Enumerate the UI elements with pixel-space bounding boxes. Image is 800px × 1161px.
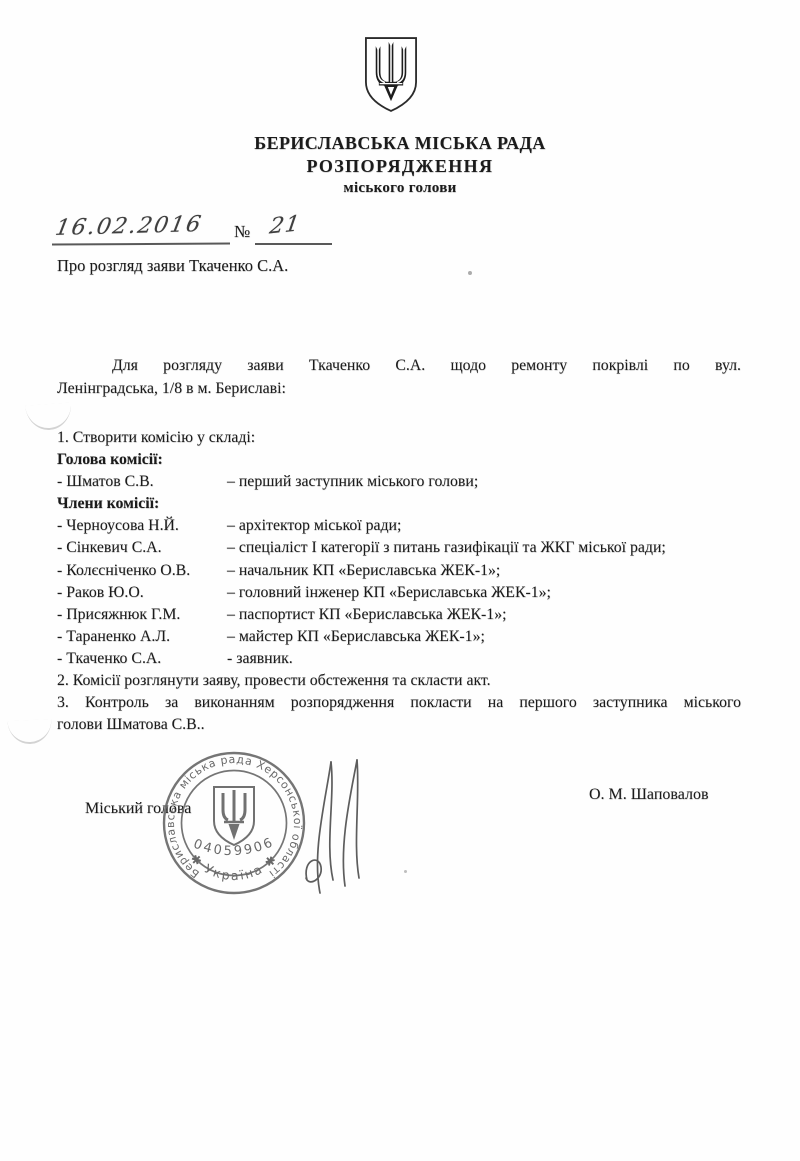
member-name: - Шматов С.В. [57, 471, 227, 493]
member-name: - Сінкевич С.А. [57, 537, 227, 559]
scanned-document-page: БЕРИСЛАВСЬКА МІСЬКА РАДА РОЗПОРЯДЖЕННЯ м… [0, 0, 800, 1161]
member-name: - Ткаченко С.А. [57, 648, 227, 670]
number-sign: № [234, 222, 250, 242]
order-item-1: 1. Створити комісію у складі: [57, 427, 741, 449]
commission-row: - Ткаченко С.А. - заявник. [57, 648, 741, 670]
order-items: 1. Створити комісію у складі: Голова ком… [57, 427, 741, 736]
commission-row: - Тараненко А.Л. – майстер КП «Бериславс… [57, 626, 741, 648]
member-role: – паспортист КП «Бериславська ЖЕК-1»; [227, 604, 741, 626]
stamp-tryzub-shield-icon [214, 787, 254, 845]
doc-subtype: міського голови [0, 180, 800, 197]
member-name: - Колєсніченко О.В. [57, 560, 227, 582]
body-line-2: Ленінградська, 1/8 в м. Бериславі: [57, 378, 741, 401]
handwritten-signature [295, 748, 370, 898]
scan-artifact-arc [7, 719, 52, 745]
commission-row: - Колєсніченко О.В. – начальник КП «Бери… [57, 560, 741, 582]
official-round-stamp: Бериславська міська рада Херсонської обл… [159, 748, 309, 898]
commission-row: - Шматов С.В. – перший заступник міськог… [57, 471, 741, 493]
order-item-3-line-1: 3. Контроль за виконанням розпорядження … [57, 692, 741, 714]
member-role: - заявник. [227, 648, 741, 670]
signer-name: О. М. Шаповалов [589, 786, 709, 804]
number-underline [255, 243, 332, 245]
commission-row: - Раков Ю.О. – головний інженер КП «Бери… [57, 582, 741, 604]
commission-row: - Черноусова Н.Й. – архітектор міської р… [57, 515, 741, 537]
body-paragraph: Для розгляду заяви Ткаченко С.А. щодо ре… [57, 355, 741, 400]
ukraine-tryzub-shield-icon [353, 35, 429, 114]
member-role: – архітектор міської ради; [227, 515, 741, 537]
scan-artifact-dot [468, 271, 472, 275]
commission-members-label: Члени комісії: [57, 493, 741, 515]
handwritten-date: 16.02.2016 [53, 212, 204, 241]
member-role: – головний інженер КП «Бериславська ЖЕК-… [227, 582, 741, 604]
doc-type: РОЗПОРЯДЖЕННЯ [0, 156, 800, 177]
scan-artifact-dot [404, 870, 407, 873]
member-role: – перший заступник міського голови; [227, 471, 741, 493]
member-role: – начальник КП «Бериславська ЖЕК-1»; [227, 560, 741, 582]
member-name: - Тараненко А.Л. [57, 626, 227, 648]
subject-line: Про розгляд заяви Ткаченко С.А. [57, 256, 288, 276]
commission-row: - Присяжнюк Г.М. – паспортист КП «Берисл… [57, 604, 741, 626]
date-underline [52, 243, 230, 246]
commission-row: - Сінкевич С.А. – спеціаліст І категорії… [57, 537, 741, 559]
member-name: - Присяжнюк Г.М. [57, 604, 227, 626]
member-role: – спеціаліст І категорії з питань газифі… [227, 537, 741, 559]
member-name: - Черноусова Н.Й. [57, 515, 227, 537]
handwritten-number: 21 [268, 212, 302, 240]
order-item-3-line-2: голови Шматова С.В.. [57, 714, 741, 736]
body-line-1: Для розгляду заяви Ткаченко С.А. щодо ре… [57, 355, 741, 378]
commission-head-label: Голова комісії: [57, 449, 741, 471]
order-item-2: 2. Комісії розглянути заяву, провести об… [57, 670, 741, 692]
member-name: - Раков Ю.О. [57, 582, 227, 604]
member-role: – майстер КП «Бериславська ЖЕК-1»; [227, 626, 741, 648]
org-name: БЕРИСЛАВСЬКА МІСЬКА РАДА [0, 133, 800, 154]
